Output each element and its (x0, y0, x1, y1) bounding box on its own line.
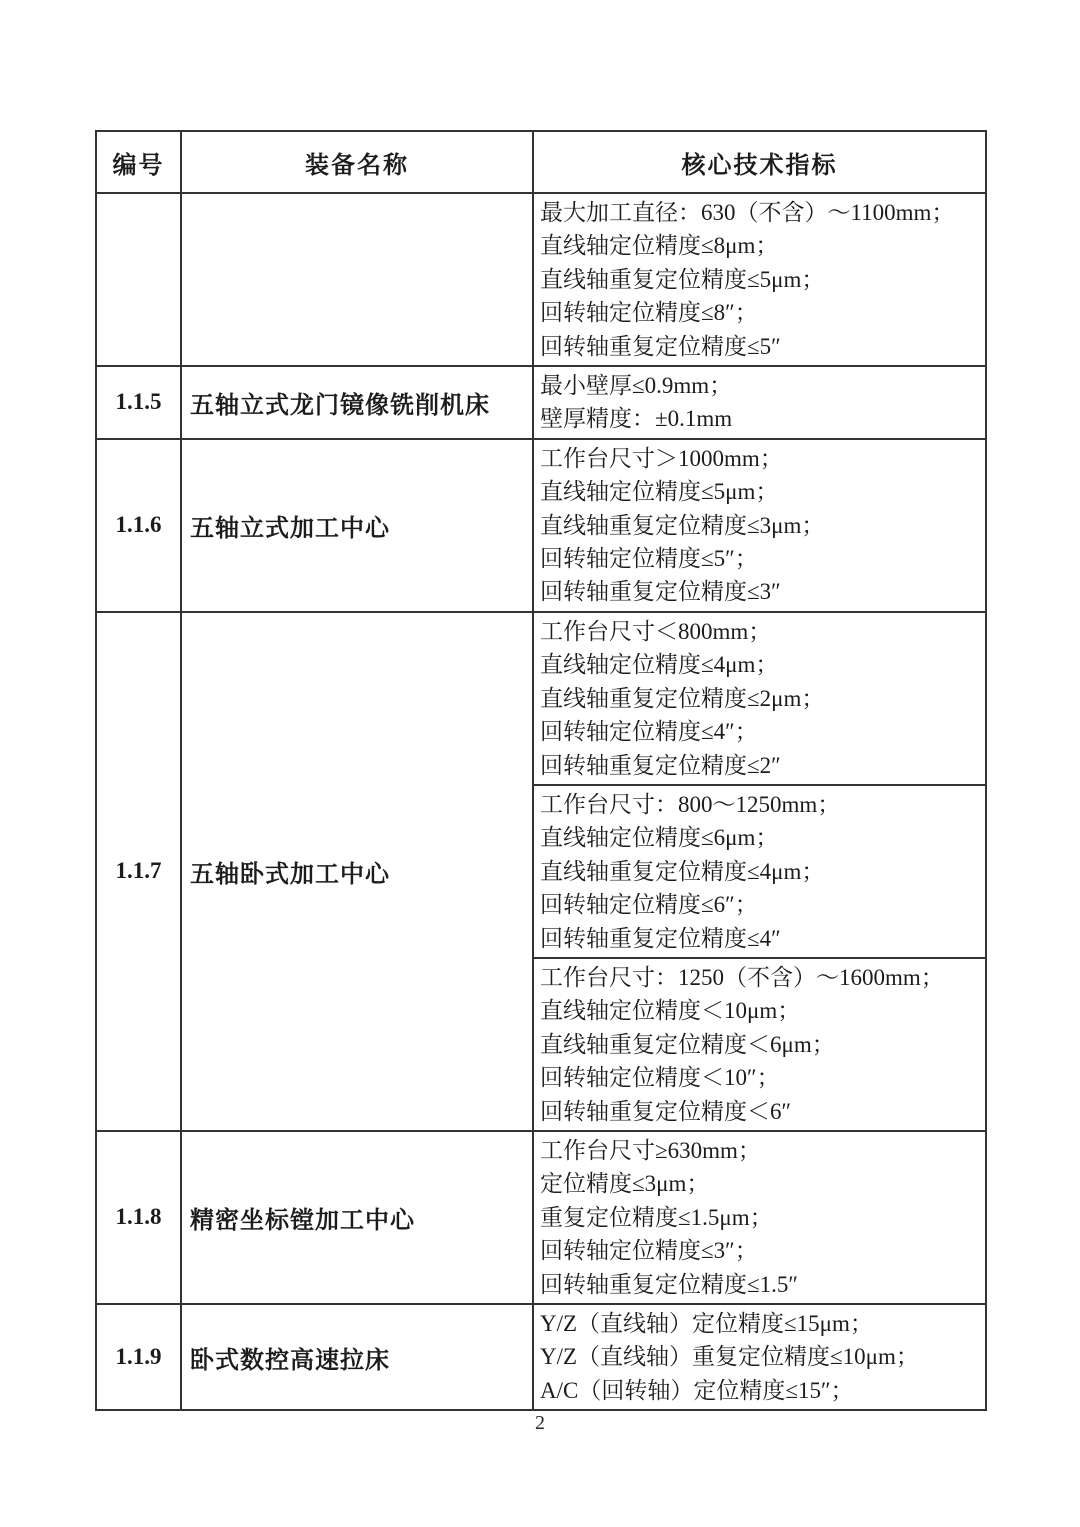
spec-line: 壁厚精度：±0.1mm (540, 402, 981, 435)
spec-line: 回转轴重复定位精度≤4″ (540, 922, 981, 955)
table-row: 1.1.7 五轴卧式加工中心 工作台尺寸＜800mm； 直线轴定位精度≤4μm；… (96, 612, 986, 785)
spec-line: 回转轴重复定位精度≤3″ (540, 575, 981, 608)
spec-line: 工作台尺寸：1250（不含）～1600mm； (540, 961, 981, 994)
spec-line: 直线轴定位精度＜10μm； (540, 994, 981, 1027)
spec-line: 工作台尺寸＞1000mm； (540, 442, 981, 475)
column-header-name: 装备名称 (181, 131, 533, 193)
spec-line: 直线轴重复定位精度≤5μm； (540, 263, 981, 296)
equipment-name: 五轴立式龙门镜像铣削机床 (181, 366, 533, 439)
column-header-id: 编号 (96, 131, 181, 193)
spec-line: 工作台尺寸＜800mm； (540, 615, 981, 648)
spec-cell: 最大加工直径：630（不含）～1100mm； 直线轴定位精度≤8μm； 直线轴重… (533, 193, 986, 366)
document-page: 编号 装备名称 核心技术指标 最大加工直径：630（不含）～1100mm； 直线… (0, 0, 1080, 1527)
row-id: 1.1.5 (96, 366, 181, 439)
page-number: 2 (0, 1412, 1080, 1435)
spec-line: 工作台尺寸：800～1250mm； (540, 788, 981, 821)
spec-line: 回转轴重复定位精度≤5″ (540, 330, 981, 363)
spec-line: 重复定位精度≤1.5μm； (540, 1201, 981, 1234)
spec-line: 回转轴定位精度≤4″； (540, 715, 981, 748)
spec-line: 直线轴重复定位精度≤2μm； (540, 682, 981, 715)
spec-line: 回转轴定位精度≤6″； (540, 888, 981, 921)
spec-line: 回转轴重复定位精度≤2″ (540, 749, 981, 782)
spec-line: 定位精度≤3μm； (540, 1167, 981, 1200)
table-row: 1.1.8 精密坐标镗加工中心 工作台尺寸≥630mm； 定位精度≤3μm； 重… (96, 1131, 986, 1304)
spec-line: 回转轴定位精度≤3″； (540, 1234, 981, 1267)
spec-cell: 工作台尺寸＜800mm； 直线轴定位精度≤4μm； 直线轴重复定位精度≤2μm；… (533, 612, 986, 785)
spec-line: 最小壁厚≤0.9mm； (540, 369, 981, 402)
spec-line: 回转轴定位精度≤8″； (540, 296, 981, 329)
equipment-name: 精密坐标镗加工中心 (181, 1131, 533, 1304)
spec-line: 直线轴重复定位精度≤4μm； (540, 855, 981, 888)
spec-line: 工作台尺寸≥630mm； (540, 1134, 981, 1167)
equipment-spec-table: 编号 装备名称 核心技术指标 最大加工直径：630（不含）～1100mm； 直线… (95, 130, 987, 1411)
spec-line: 回转轴重复定位精度＜6″ (540, 1095, 981, 1128)
table-header-row: 编号 装备名称 核心技术指标 (96, 131, 986, 193)
row-id: 1.1.6 (96, 439, 181, 612)
spec-line: 回转轴重复定位精度≤1.5″ (540, 1268, 981, 1301)
spec-line: 回转轴定位精度＜10″； (540, 1061, 981, 1094)
column-header-specs: 核心技术指标 (533, 131, 986, 193)
spec-line: 最大加工直径：630（不含）～1100mm； (540, 196, 981, 229)
spec-line: A/C（回转轴）定位精度≤15″； (540, 1374, 981, 1407)
row-id (96, 193, 181, 366)
spec-line: Y/Z（直线轴）定位精度≤15μm； (540, 1307, 981, 1340)
spec-line: 回转轴定位精度≤5″； (540, 542, 981, 575)
spec-cell: Y/Z（直线轴）定位精度≤15μm； Y/Z（直线轴）重复定位精度≤10μm； … (533, 1304, 986, 1410)
spec-cell: 工作台尺寸≥630mm； 定位精度≤3μm； 重复定位精度≤1.5μm； 回转轴… (533, 1131, 986, 1304)
row-id: 1.1.9 (96, 1304, 181, 1410)
spec-line: Y/Z（直线轴）重复定位精度≤10μm； (540, 1340, 981, 1373)
row-id: 1.1.7 (96, 612, 181, 1131)
spec-line: 直线轴重复定位精度≤3μm； (540, 509, 981, 542)
spec-line: 直线轴定位精度≤5μm； (540, 475, 981, 508)
table-row: 1.1.9 卧式数控高速拉床 Y/Z（直线轴）定位精度≤15μm； Y/Z（直线… (96, 1304, 986, 1410)
spec-line: 直线轴重复定位精度＜6μm； (540, 1028, 981, 1061)
spec-cell: 工作台尺寸：1250（不含）～1600mm； 直线轴定位精度＜10μm； 直线轴… (533, 958, 986, 1131)
spec-cell: 工作台尺寸＞1000mm； 直线轴定位精度≤5μm； 直线轴重复定位精度≤3μm… (533, 439, 986, 612)
equipment-name: 五轴立式加工中心 (181, 439, 533, 612)
row-id: 1.1.8 (96, 1131, 181, 1304)
equipment-name: 卧式数控高速拉床 (181, 1304, 533, 1410)
spec-cell: 工作台尺寸：800～1250mm； 直线轴定位精度≤6μm； 直线轴重复定位精度… (533, 785, 986, 958)
table-row: 1.1.6 五轴立式加工中心 工作台尺寸＞1000mm； 直线轴定位精度≤5μm… (96, 439, 986, 612)
equipment-name (181, 193, 533, 366)
spec-line: 直线轴定位精度≤4μm； (540, 648, 981, 681)
spec-line: 直线轴定位精度≤8μm； (540, 229, 981, 262)
equipment-name: 五轴卧式加工中心 (181, 612, 533, 1131)
spec-cell: 最小壁厚≤0.9mm； 壁厚精度：±0.1mm (533, 366, 986, 439)
table-row: 1.1.5 五轴立式龙门镜像铣削机床 最小壁厚≤0.9mm； 壁厚精度：±0.1… (96, 366, 986, 439)
table-row: 最大加工直径：630（不含）～1100mm； 直线轴定位精度≤8μm； 直线轴重… (96, 193, 986, 366)
spec-line: 直线轴定位精度≤6μm； (540, 821, 981, 854)
